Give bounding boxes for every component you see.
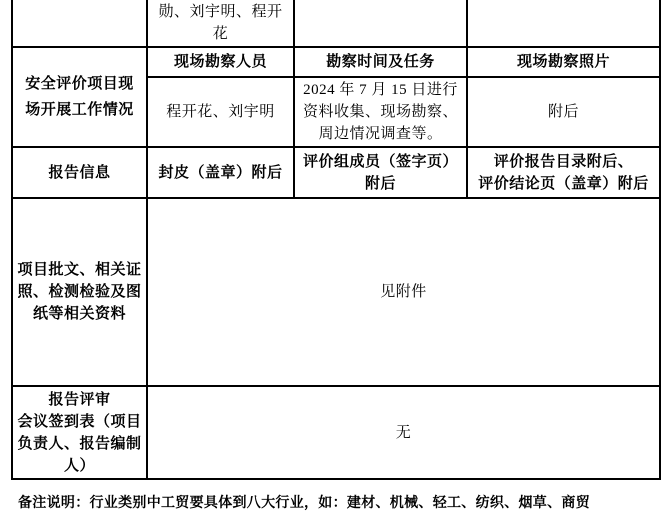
cell-empty	[294, 0, 467, 47]
safety-evaluation-table: 勋、刘宇明、程开 花 安全评价项目现 场开展工作情况 现场勘察人员 勘察时间及任…	[11, 0, 661, 480]
cell-personnel-overflow: 勋、刘宇明、程开 花	[147, 0, 294, 47]
table-row-review-signin: 报告评审 会议签到表（项目 负责人、报告编制 人） 无	[12, 386, 660, 479]
cell-attachments-label: 项目批文、相关证 照、检测检验及图 纸等相关资料	[12, 198, 147, 386]
document-page: 勋、刘宇明、程开 花 安全评价项目现 场开展工作情况 现场勘察人员 勘察时间及任…	[0, 0, 672, 521]
cell-review-signin-label: 报告评审 会议签到表（项目 负责人、报告编制 人）	[12, 386, 147, 479]
table-row-continuation: 勋、刘宇明、程开 花	[12, 0, 660, 47]
cell-review-signin-value: 无	[147, 386, 660, 479]
table-row-survey-header: 安全评价项目现 场开展工作情况 现场勘察人员 勘察时间及任务 现场勘察照片	[12, 47, 660, 77]
cell-empty	[467, 0, 660, 47]
cell-attachments-value: 见附件	[147, 198, 660, 386]
cell-header-surveyors: 现场勘察人员	[147, 47, 294, 77]
footer-note: 备注说明：行业类别中工贸要具体到八大行业，如：建材、机械、轻工、纺织、烟草、商贸	[18, 494, 663, 513]
cell-surveyors-value: 程开花、刘宇明	[147, 77, 294, 147]
cell-survey-photos-value: 附后	[467, 77, 660, 147]
cell-report-team-members: 评价组成员（签字页） 附后	[294, 147, 467, 198]
cell-empty-label	[12, 0, 147, 47]
cell-survey-time-tasks-value: 2024 年 7 月 15 日进行 资料收集、现场勘察、 周边情况调查等。	[294, 77, 467, 147]
cell-report-info-label: 报告信息	[12, 147, 147, 198]
cell-header-survey-photos: 现场勘察照片	[467, 47, 660, 77]
table-row-report-info: 报告信息 封皮（盖章）附后 评价组成员（签字页） 附后 评价报告目录附后、 评价…	[12, 147, 660, 198]
cell-site-work-label: 安全评价项目现 场开展工作情况	[12, 47, 147, 147]
table-row-attachments: 项目批文、相关证 照、检测检验及图 纸等相关资料 见附件	[12, 198, 660, 386]
cell-report-catalog-conclusion: 评价报告目录附后、 评价结论页（盖章）附后	[467, 147, 660, 198]
cell-report-cover: 封皮（盖章）附后	[147, 147, 294, 198]
cell-header-survey-time-tasks: 勘察时间及任务	[294, 47, 467, 77]
